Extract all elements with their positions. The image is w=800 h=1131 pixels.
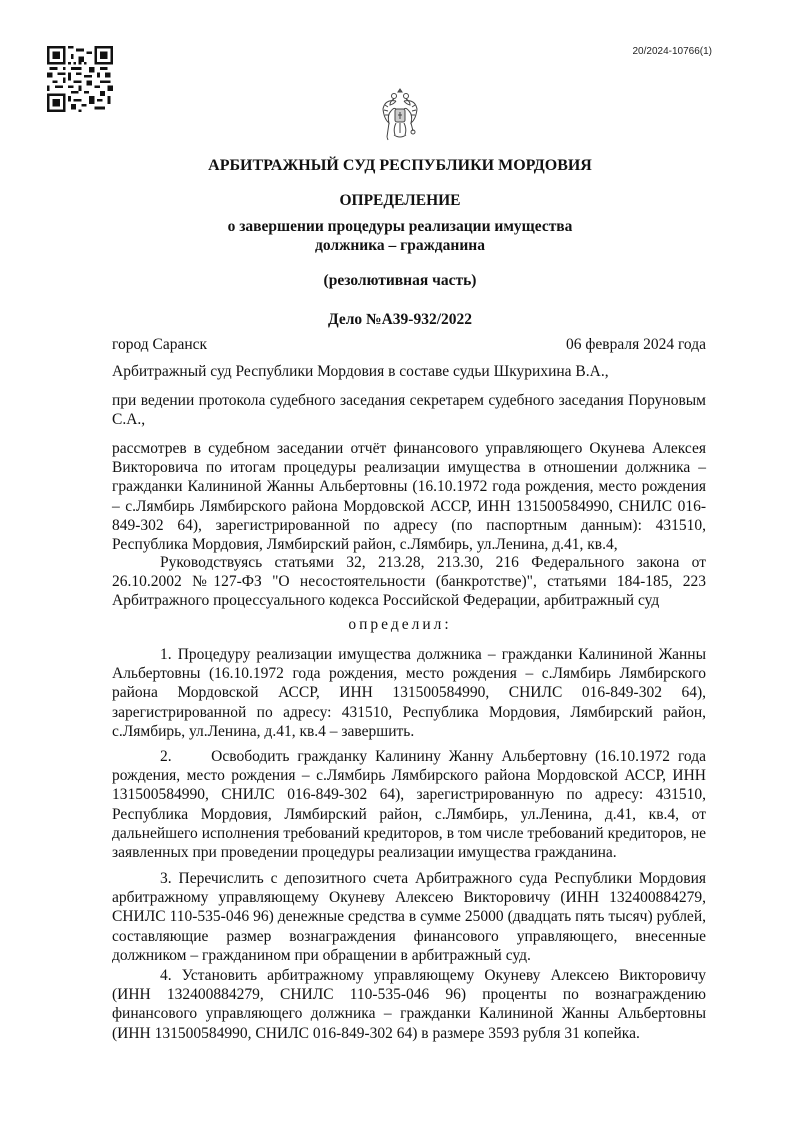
operative-part-label: (резолютивная часть) <box>0 272 800 290</box>
subject-line-2: должника – гражданина <box>0 237 800 255</box>
court-name: АРБИТРАЖНЫЙ СУД РЕСПУБЛИКИ МОРДОВИЯ <box>0 157 800 175</box>
city: город Саранск <box>112 336 207 354</box>
decided-label: определил: <box>0 616 800 634</box>
document-type: ОПРЕДЕЛЕНИЕ <box>0 192 800 210</box>
subject-line-1: о завершении процедуры реализации имущес… <box>0 218 800 236</box>
ruling-4: 4. Установить арбитражному управляющему … <box>112 966 706 1043</box>
ruling-3: 3. Перечислить с депозитного счета Арбит… <box>112 869 706 965</box>
considering-paragraph: рассмотрев в судебном заседании отчёт фи… <box>112 439 706 554</box>
ruling-1: 1. Процедуру реализации имущества должни… <box>112 645 706 741</box>
document-number: 20/2024-10766(1) <box>632 46 712 57</box>
court-composition: Арбитражный суд Республики Мордовия в со… <box>112 362 706 381</box>
decision-date: 06 февраля 2024 года <box>566 336 706 354</box>
legal-basis-paragraph: Руководствуясь статьями 32, 213.28, 213.… <box>112 553 706 611</box>
qr-code-icon <box>47 46 113 112</box>
russian-coat-of-arms-icon <box>381 87 419 145</box>
case-number: Дело №А39-932/2022 <box>0 311 800 329</box>
secretary-paragraph: при ведении протокола судебного заседани… <box>112 391 706 429</box>
ruling-2: 2. Освободить гражданку Калинину Жанну А… <box>112 747 706 862</box>
